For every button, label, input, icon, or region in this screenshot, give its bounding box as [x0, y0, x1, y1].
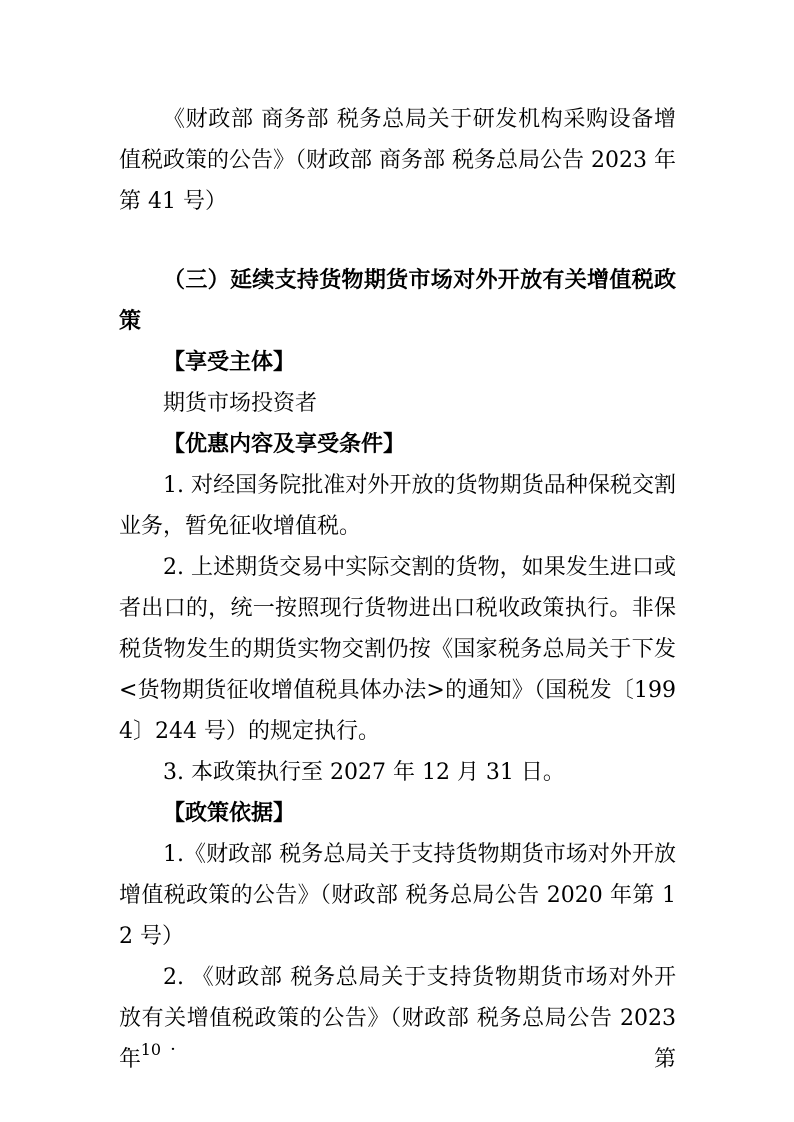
benefit-item: 3. 本政策执行至 2027 年 12 月 31 日。 — [119, 752, 676, 793]
footer-right-dot: · — [170, 1040, 176, 1060]
benefit-item: 1. 对经国务院批准对外开放的货物期货品种保税交割业务，暂免征收增值税。 — [119, 465, 676, 547]
beneficiary-text: 期货市场投资者 — [119, 383, 676, 424]
page-number: 10 — [141, 1040, 161, 1060]
citation-paragraph: 《财政部 商务部 税务总局关于研发机构采购设备增值税政策的公告》（财政部 商务部… — [119, 99, 676, 222]
document-body: 《财政部 商务部 税务总局关于研发机构采购设备增值税政策的公告》（财政部 商务部… — [119, 99, 676, 1080]
beneficiary-label: 【享受主体】 — [119, 342, 676, 383]
basis-item: 1.《财政部 税务总局关于支持货物期货市场对外开放增值税政策的公告》（财政部 税… — [119, 834, 676, 957]
basis-label: 【政策依据】 — [119, 793, 676, 834]
benefit-item: 2. 上述期货交易中实际交割的货物，如果发生进口或者出口的，统一按照现行货物进出… — [119, 547, 676, 752]
page-footer: · 10 · — [126, 1040, 176, 1060]
benefit-label: 【优惠内容及享受条件】 — [119, 424, 676, 465]
footer-left-dot: · — [126, 1040, 132, 1060]
section-heading: （三）延续支持货物期货市场对外开放有关增值税政策 — [119, 260, 676, 342]
basis-item: 2. 《财政部 税务总局关于支持货物期货市场对外开放有关增值税政策的公告》（财政… — [119, 957, 676, 1080]
document-page: 《财政部 商务部 税务总局关于研发机构采购设备增值税政策的公告》（财政部 商务部… — [0, 0, 794, 1122]
